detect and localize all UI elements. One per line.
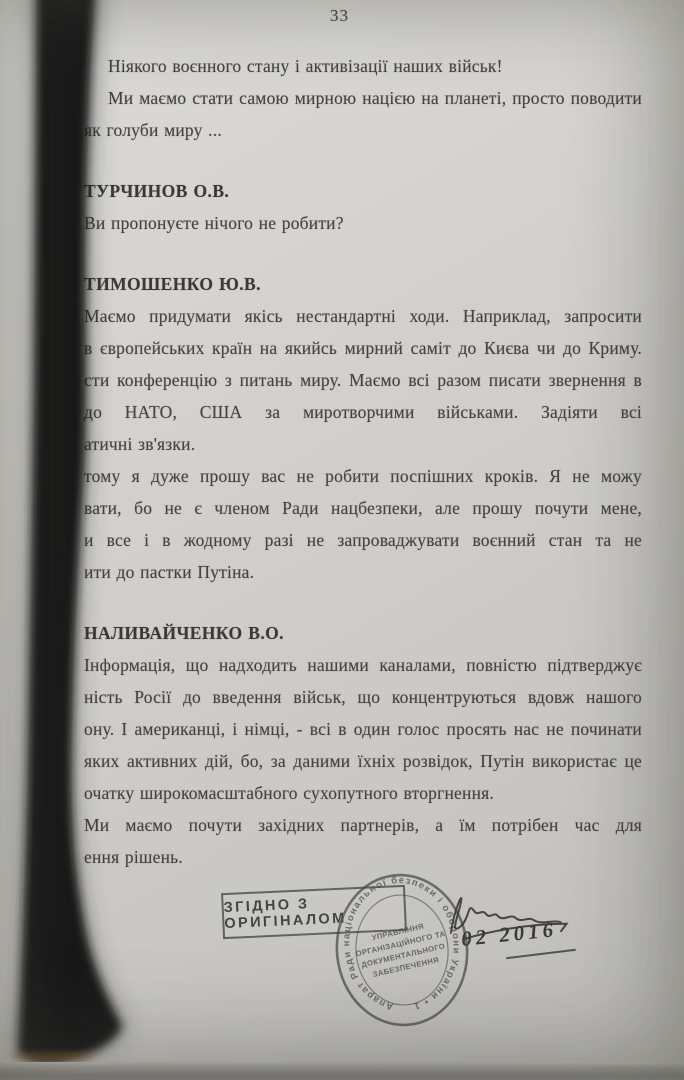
page-number: 33 [330, 6, 349, 26]
speaker-heading: НАЛИВАЙЧЕНКО В.О. [84, 617, 642, 649]
document-line: Ми маємо почути західних партнерів, а їм… [84, 809, 642, 841]
document-body: Ніякого воєнного стану і активізації наш… [84, 50, 642, 873]
date-underline [506, 949, 576, 960]
speaker-heading: ТИМОШЕНКО Ю.В. [84, 268, 642, 300]
document-line: очатку широкомасштабного сухопутного вто… [84, 777, 642, 809]
document-line: Ви пропонуєте нічого не робити? [84, 207, 642, 239]
scanned-document-photo: 33 Ніякого воєнного стану і активізації … [0, 0, 684, 1080]
document-line: атичні зв'язки. [84, 428, 642, 460]
document-line: Ми маємо стати самою мирною нацією на пл… [84, 82, 642, 114]
document-line: сти конференцію з питань миру. Маємо всі… [84, 364, 642, 396]
document-line: Маємо придумати якісь нестандартні ходи.… [84, 300, 642, 332]
document-line: як голуби миру ... [84, 114, 642, 146]
document-line: тому я дуже прошу вас не робити поспішни… [84, 460, 642, 492]
document-line: до НАТО, США за миротворчими військами. … [84, 396, 642, 428]
document-line: Інформація, що надходить нашими каналами… [84, 649, 642, 681]
document-line: и все і в жодному разі не запроваджувати… [84, 524, 642, 556]
document-line: яких активних дій, бо, за даними їхніх р… [84, 745, 642, 777]
document-line: ність Росії до введення військ, що конце… [84, 681, 642, 713]
document-line: Ніякого воєнного стану і активізації наш… [84, 50, 642, 82]
speaker-heading: ТУРЧИНОВ О.В. [84, 175, 642, 207]
document-line: ону. І американці, і німці, - всі в один… [84, 713, 642, 745]
document-line: вати, бо не є членом Ради нацбезпеки, ал… [84, 492, 642, 524]
photo-bottom-edge [0, 1062, 684, 1080]
document-line: в європейських країн на якийсь мирний са… [84, 332, 642, 364]
blob-bottom-fringe [10, 1052, 94, 1060]
document-line: ити до пастки Путіна. [84, 556, 642, 588]
